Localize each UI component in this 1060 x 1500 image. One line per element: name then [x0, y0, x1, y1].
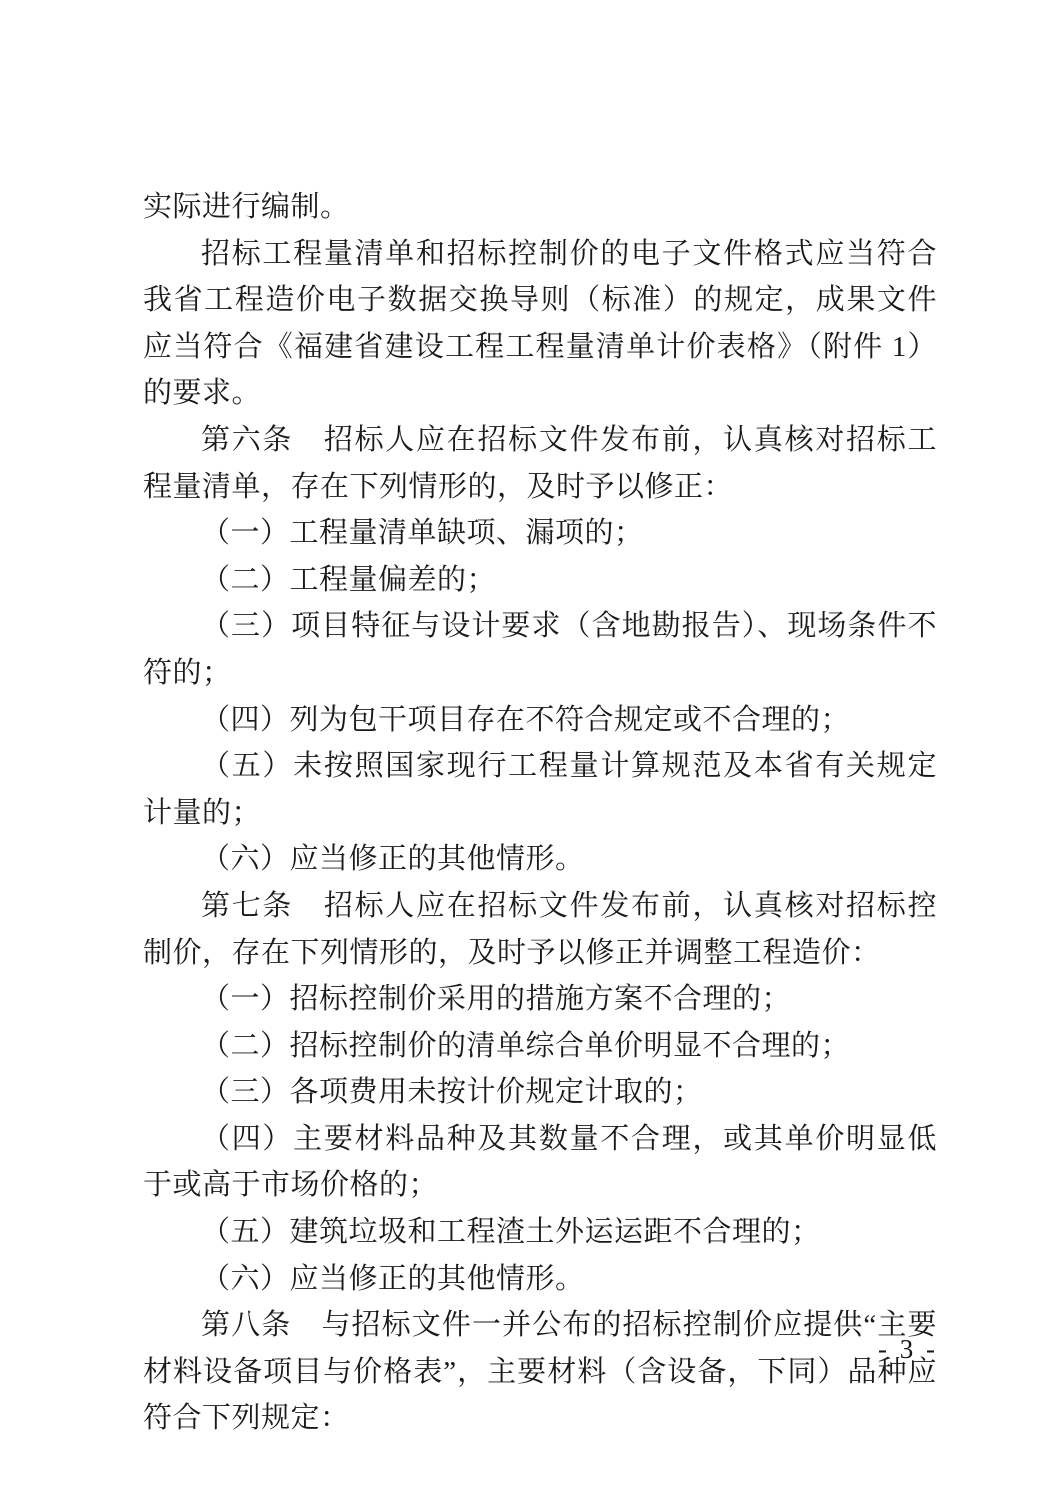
paragraph: （五）建筑垃圾和工程渣土外运运距不合理的；: [143, 1209, 937, 1256]
paragraph: （三）各项费用未按计价规定计取的；: [143, 1069, 937, 1116]
paragraph: （六）应当修正的其他情形。: [143, 1256, 937, 1303]
paragraph: 招标工程量清单和招标控制价的电子文件格式应当符合我省工程造价电子数据交换导则（标…: [143, 231, 937, 417]
paragraph: 第六条 招标人应在招标文件发布前，认真核对招标工程量清单，存在下列情形的，及时予…: [143, 417, 937, 510]
paragraph: （四）列为包干项目存在不符合规定或不合理的；: [143, 697, 937, 744]
paragraph: （一）招标控制价采用的措施方案不合理的；: [143, 976, 937, 1023]
paragraph: （二）工程量偏差的；: [143, 557, 937, 604]
paragraph: （一）工程量清单缺项、漏项的；: [143, 510, 937, 557]
paragraph: （三）项目特征与设计要求（含地勘报告）、现场条件不符的；: [143, 603, 937, 696]
paragraph: 第七条 招标人应在招标文件发布前，认真核对招标控制价，存在下列情形的，及时予以修…: [143, 883, 937, 976]
paragraph: （四）主要材料品种及其数量不合理，或其单价明显低于或高于市场价格的；: [143, 1116, 937, 1209]
paragraph: （六）应当修正的其他情形。: [143, 836, 937, 883]
page-number: - 3 -: [878, 1334, 938, 1365]
document-page: 实际进行编制。招标工程量清单和招标控制价的电子文件格式应当符合我省工程造价电子数…: [0, 0, 1060, 1500]
document-body: 实际进行编制。招标工程量清单和招标控制价的电子文件格式应当符合我省工程造价电子数…: [143, 184, 937, 1442]
paragraph: 实际进行编制。: [143, 184, 937, 231]
paragraph: （五）未按照国家现行工程量计算规范及本省有关规定计量的；: [143, 743, 937, 836]
paragraph: （二）招标控制价的清单综合单价明显不合理的；: [143, 1023, 937, 1070]
paragraph: 第八条 与招标文件一并公布的招标控制价应提供“主要材料设备项目与价格表”，主要材…: [143, 1302, 937, 1442]
